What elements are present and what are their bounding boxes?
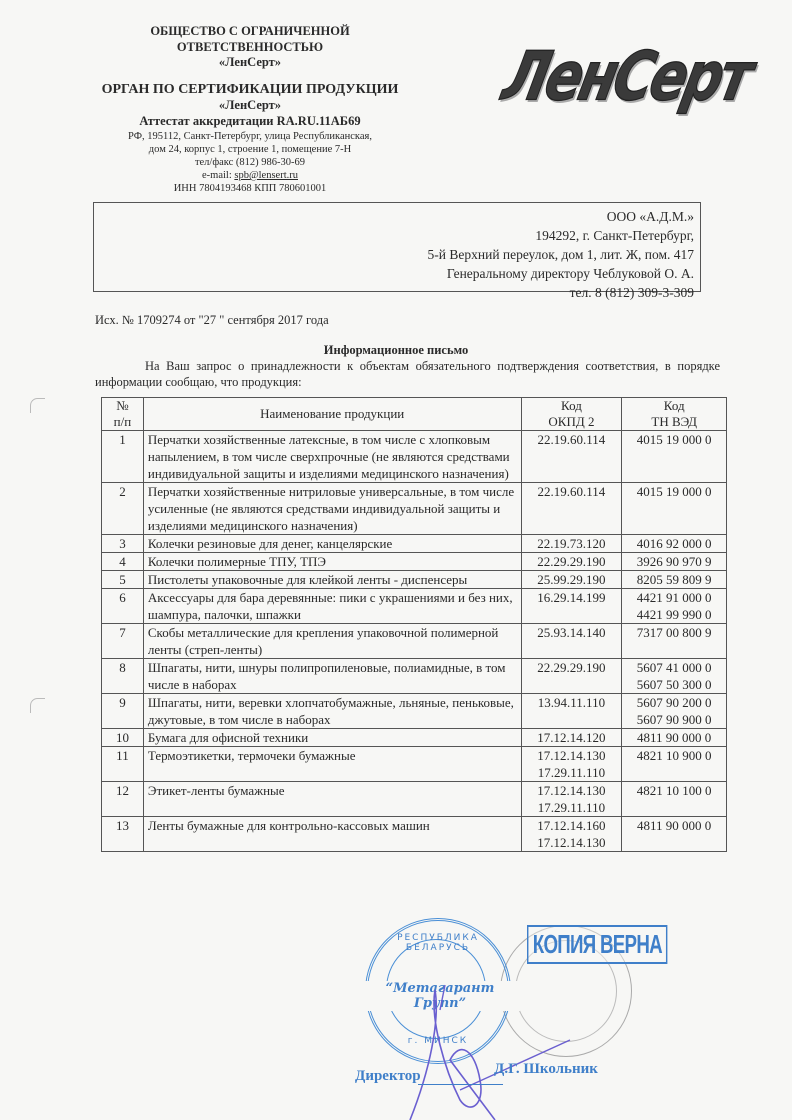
address-line1: РФ, 195112, Санкт-Петербург, улица Респу…: [100, 130, 400, 143]
okpd-code: 16.29.14.199: [526, 589, 618, 606]
okpd-code: 22.19.60.114: [526, 483, 618, 500]
table-row: 5Пистолеты упаковочные для клейкой ленты…: [102, 571, 727, 589]
tnved-code: 5607 41 000 0: [626, 659, 722, 676]
table-header-row: №п/п Наименование продукции КодОКПД 2 Ко…: [102, 398, 727, 431]
email-row: e-mail: spb@lensert.ru: [100, 169, 400, 182]
tnved-code-cell: 8205 59 809 9: [622, 571, 727, 589]
cert-body-name: «ЛенСерт»: [100, 98, 400, 114]
copy-certified-stamp: КОПИЯ ВЕРНА: [527, 925, 668, 964]
punch-hole-mark: [30, 398, 45, 413]
tnved-code-cell: 4811 90 000 0: [622, 817, 727, 852]
table-row: 12Этикет-ленты бумажные17.12.14.13017.29…: [102, 782, 727, 817]
accreditation: Аттестат аккредитации RA.RU.11АБ69: [100, 114, 400, 130]
recipient-lines: ООО «А.Д.М.»194292, г. Санкт-Петербург,5…: [428, 207, 694, 302]
table-row: 7Скобы металлические для крепления упако…: [102, 624, 727, 659]
tnved-code: 4811 90 000 0: [626, 729, 722, 746]
tnved-code: 4015 19 000 0: [626, 431, 722, 448]
header-name: Наименование продукции: [143, 398, 521, 431]
product-name: Шпагаты, нити, веревки хлопчатобумажные,…: [143, 694, 521, 729]
okpd-code: 22.29.29.190: [526, 553, 618, 570]
tnved-code: 4811 90 000 0: [626, 817, 722, 834]
row-number: 10: [102, 729, 144, 747]
row-number: 9: [102, 694, 144, 729]
okpd-code: 22.19.60.114: [526, 431, 618, 448]
okpd-code-cell: 25.99.29.190: [521, 571, 622, 589]
okpd-code-cell: 17.12.14.120: [521, 729, 622, 747]
product-name: Аксессуары для бара деревянные: пики с у…: [143, 589, 521, 624]
product-name: Шпагаты, нити, шнуры полипропиленовые, п…: [143, 659, 521, 694]
tnved-code: 3926 90 970 9: [626, 553, 722, 570]
tnved-code: 4016 92 000 0: [626, 535, 722, 552]
row-number: 1: [102, 431, 144, 483]
tnved-code-cell: 4811 90 000 0: [622, 729, 727, 747]
row-number: 12: [102, 782, 144, 817]
row-number: 7: [102, 624, 144, 659]
signer-name: Д.Г. Школьник: [494, 1061, 598, 1078]
tnved-code-cell: 5607 90 200 05607 90 900 0: [622, 694, 727, 729]
product-name: Колечки полимерные ТПУ, ТПЭ: [143, 553, 521, 571]
okpd-code: 17.29.11.110: [526, 799, 618, 816]
tnved-code: 5607 90 900 0: [626, 711, 722, 728]
product-name: Колечки резиновые для денег, канцелярски…: [143, 535, 521, 553]
table-row: 8Шпагаты, нити, шнуры полипропиленовые, …: [102, 659, 727, 694]
recipient-box: ООО «А.Д.М.»194292, г. Санкт-Петербург,5…: [93, 202, 701, 292]
tnved-code-cell: 4015 19 000 0: [622, 483, 727, 535]
okpd-code: 17.12.14.130: [526, 834, 618, 851]
product-name: Пистолеты упаковочные для клейкой ленты …: [143, 571, 521, 589]
seal-ring-top: РЕСПУБЛИКА БЕЛАРУСЬ: [368, 933, 508, 953]
letter-title: Информационное письмо: [0, 343, 792, 358]
outgoing-reference: Исх. № 1709274 от "27 " сентября 2017 го…: [95, 313, 329, 328]
okpd-code: 17.29.11.110: [526, 764, 618, 781]
row-number: 4: [102, 553, 144, 571]
tnved-code: 7317 00 800 9: [626, 624, 722, 641]
tnved-code: 4821 10 100 0: [626, 782, 722, 799]
okpd-code-cell: 17.12.14.13017.29.11.110: [521, 782, 622, 817]
cert-body-title: ОРГАН ПО СЕРТИФИКАЦИИ ПРОДУКЦИИ: [100, 81, 400, 99]
company-line1: ОБЩЕСТВО С ОГРАНИЧЕННОЙ: [100, 24, 400, 40]
tnved-code-cell: 4016 92 000 0: [622, 535, 727, 553]
tnved-code: 5607 90 200 0: [626, 694, 722, 711]
signature-line: [418, 1084, 503, 1085]
lensert-logo: ЛенСерт: [497, 37, 758, 116]
product-name: Перчатки хозяйственные латексные, в том …: [143, 431, 521, 483]
header-num: №п/п: [102, 398, 144, 431]
okpd-code: 22.19.73.120: [526, 535, 618, 552]
signature-scribble: [400, 980, 600, 1120]
row-number: 2: [102, 483, 144, 535]
punch-hole-mark: [30, 698, 45, 713]
okpd-code: 17.12.14.130: [526, 782, 618, 799]
tnved-code-cell: 4821 10 100 0: [622, 782, 727, 817]
recipient-line: ООО «А.Д.М.»: [428, 207, 694, 226]
okpd-code: 25.93.14.140: [526, 624, 618, 641]
company-name: «ЛенСерт»: [100, 55, 400, 71]
product-name: Этикет-ленты бумажные: [143, 782, 521, 817]
tnved-code-cell: 4421 91 000 04421 99 990 0: [622, 589, 727, 624]
okpd-code: 25.99.29.190: [526, 571, 618, 588]
table-row: 4Колечки полимерные ТПУ, ТПЭ22.29.29.190…: [102, 553, 727, 571]
table-row: 3Колечки резиновые для денег, канцелярск…: [102, 535, 727, 553]
tnved-code: 4421 99 990 0: [626, 606, 722, 623]
header-okpd: КодОКПД 2: [521, 398, 622, 431]
table-row: 10Бумага для офисной техники17.12.14.120…: [102, 729, 727, 747]
okpd-code-cell: 22.29.29.190: [521, 659, 622, 694]
recipient-line: 194292, г. Санкт-Петербург,: [428, 226, 694, 245]
tnved-code: 4421 91 000 0: [626, 589, 722, 606]
row-number: 5: [102, 571, 144, 589]
okpd-code-cell: 17.12.14.16017.12.14.130: [521, 817, 622, 852]
issuer-header: ОБЩЕСТВО С ОГРАНИЧЕННОЙ ОТВЕТСТВЕННОСТЬЮ…: [100, 24, 400, 195]
okpd-code-cell: 22.19.73.120: [521, 535, 622, 553]
product-name: Ленты бумажные для контрольно-кассовых м…: [143, 817, 521, 852]
phone: тел/факс (812) 986-30-69: [100, 156, 400, 169]
okpd-code-cell: 16.29.14.199: [521, 589, 622, 624]
okpd-code-cell: 25.93.14.140: [521, 624, 622, 659]
recipient-line: тел. 8 (812) 309-3-309: [428, 283, 694, 302]
tnved-code-cell: 4821 10 900 0: [622, 747, 727, 782]
okpd-code: 22.29.29.190: [526, 659, 618, 676]
tnved-code-cell: 3926 90 970 9: [622, 553, 727, 571]
okpd-code-cell: 17.12.14.13017.29.11.110: [521, 747, 622, 782]
address-line2: дом 24, корпус 1, строение 1, помещение …: [100, 143, 400, 156]
okpd-code: 17.12.14.130: [526, 747, 618, 764]
header-tnved: КодТН ВЭД: [622, 398, 727, 431]
okpd-code-cell: 22.19.60.114: [521, 483, 622, 535]
products-table: №п/п Наименование продукции КодОКПД 2 Ко…: [101, 397, 727, 852]
tnved-code-cell: 5607 41 000 05607 50 300 0: [622, 659, 727, 694]
table-row: 13Ленты бумажные для контрольно-кассовых…: [102, 817, 727, 852]
inn-kpp: ИНН 7804193468 КПП 780601001: [100, 182, 400, 195]
okpd-code: 17.12.14.120: [526, 729, 618, 746]
tnved-code-cell: 4015 19 000 0: [622, 431, 727, 483]
product-name: Скобы металлические для крепления упаков…: [143, 624, 521, 659]
tnved-code: 4015 19 000 0: [626, 483, 722, 500]
director-title: Директор: [355, 1068, 421, 1085]
table-row: 9Шпагаты, нити, веревки хлопчатобумажные…: [102, 694, 727, 729]
okpd-code: 13.94.11.110: [526, 694, 618, 711]
company-line2: ОТВЕТСТВЕННОСТЬЮ: [100, 40, 400, 56]
okpd-code-cell: 22.19.60.114: [521, 431, 622, 483]
product-name: Термоэтикетки, термочеки бумажные: [143, 747, 521, 782]
intro-paragraph: На Ваш запрос о принадлежности к объекта…: [95, 358, 720, 390]
table-row: 2Перчатки хозяйственные нитриловые униве…: [102, 483, 727, 535]
row-number: 3: [102, 535, 144, 553]
row-number: 13: [102, 817, 144, 852]
table-row: 1Перчатки хозяйственные латексные, в том…: [102, 431, 727, 483]
row-number: 8: [102, 659, 144, 694]
recipient-line: Генеральному директору Чеблуковой О. А.: [428, 264, 694, 283]
product-name: Перчатки хозяйственные нитриловые универ…: [143, 483, 521, 535]
okpd-code-cell: 22.29.29.190: [521, 553, 622, 571]
tnved-code: 4821 10 900 0: [626, 747, 722, 764]
product-name: Бумага для офисной техники: [143, 729, 521, 747]
recipient-line: 5-й Верхний переулок, дом 1, лит. Ж, пом…: [428, 245, 694, 264]
tnved-code: 8205 59 809 9: [626, 571, 722, 588]
tnved-code-cell: 7317 00 800 9: [622, 624, 727, 659]
table-row: 6Аксессуары для бара деревянные: пики с …: [102, 589, 727, 624]
row-number: 11: [102, 747, 144, 782]
okpd-code: 17.12.14.160: [526, 817, 618, 834]
row-number: 6: [102, 589, 144, 624]
table-row: 11Термоэтикетки, термочеки бумажные17.12…: [102, 747, 727, 782]
email-link[interactable]: spb@lensert.ru: [234, 170, 298, 181]
okpd-code-cell: 13.94.11.110: [521, 694, 622, 729]
email-label: e-mail:: [202, 170, 234, 181]
tnved-code: 5607 50 300 0: [626, 676, 722, 693]
